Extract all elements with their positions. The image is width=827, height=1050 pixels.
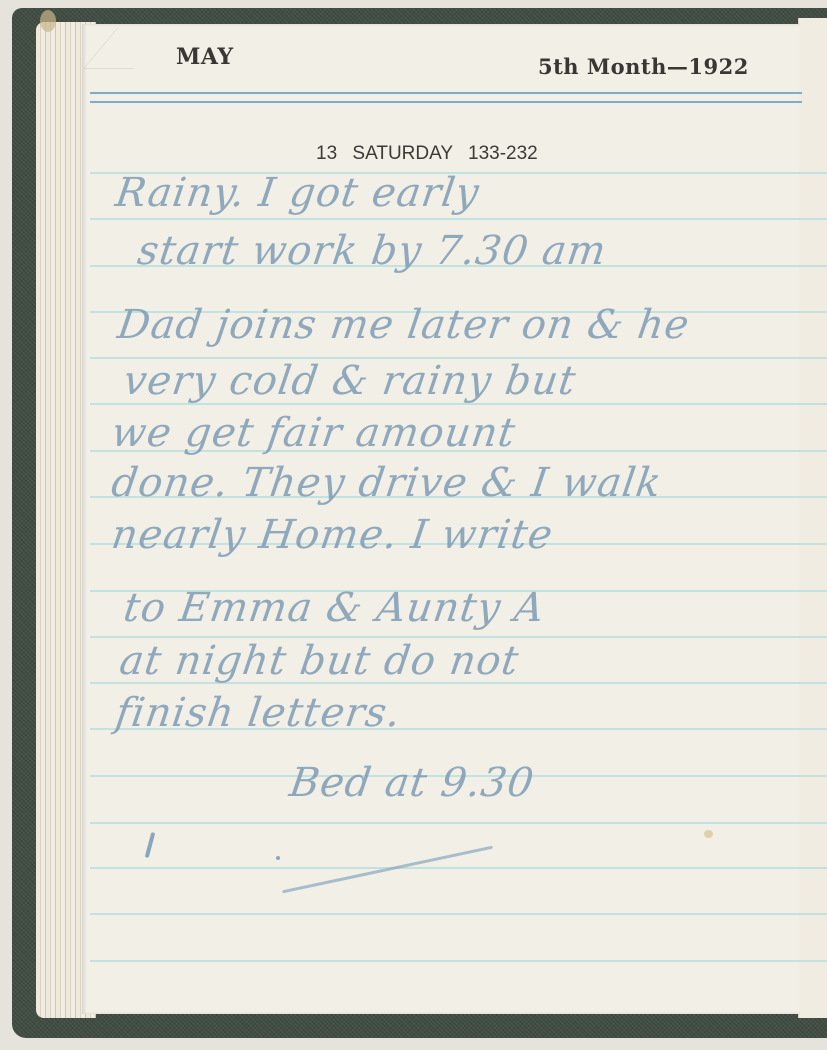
entry-line: to Emma & Aunty A — [121, 585, 548, 631]
entry-line: Dad joins me later on & he — [115, 302, 693, 348]
month-heading: MAY — [176, 44, 234, 70]
entry-line: Bed at 9.30 — [287, 760, 538, 806]
entry-line: we get fair amount — [109, 410, 519, 456]
ruled-line — [90, 867, 827, 869]
day-count: 133-232 — [468, 143, 538, 164]
month-info-heading: 5th Month—1922 — [538, 54, 749, 79]
date-line: 13 SATURDAY 133-232 — [316, 143, 538, 165]
header-rule-top — [90, 92, 802, 94]
entry-line: nearly Home. I write — [109, 512, 556, 558]
ruled-line — [90, 822, 827, 824]
day-number: 13 — [316, 143, 337, 164]
weekday: SATURDAY — [352, 143, 452, 164]
ruled-line — [90, 960, 827, 962]
cover-wear — [40, 10, 56, 32]
paper-stain — [704, 830, 713, 838]
entry-line: very cold & rainy but — [121, 358, 579, 404]
entry-line: start work by 7.30 am — [135, 228, 610, 274]
ink-dot — [276, 856, 280, 860]
header-rule-bottom — [90, 101, 802, 103]
ruled-line — [90, 913, 827, 915]
entry-line: Rainy. I got early — [113, 170, 483, 216]
entry-line: at night but do not — [117, 638, 522, 684]
ruled-line — [90, 218, 827, 220]
entry-line: done. They drive & I walk — [109, 460, 665, 506]
entry-line: finish letters. — [113, 690, 404, 736]
